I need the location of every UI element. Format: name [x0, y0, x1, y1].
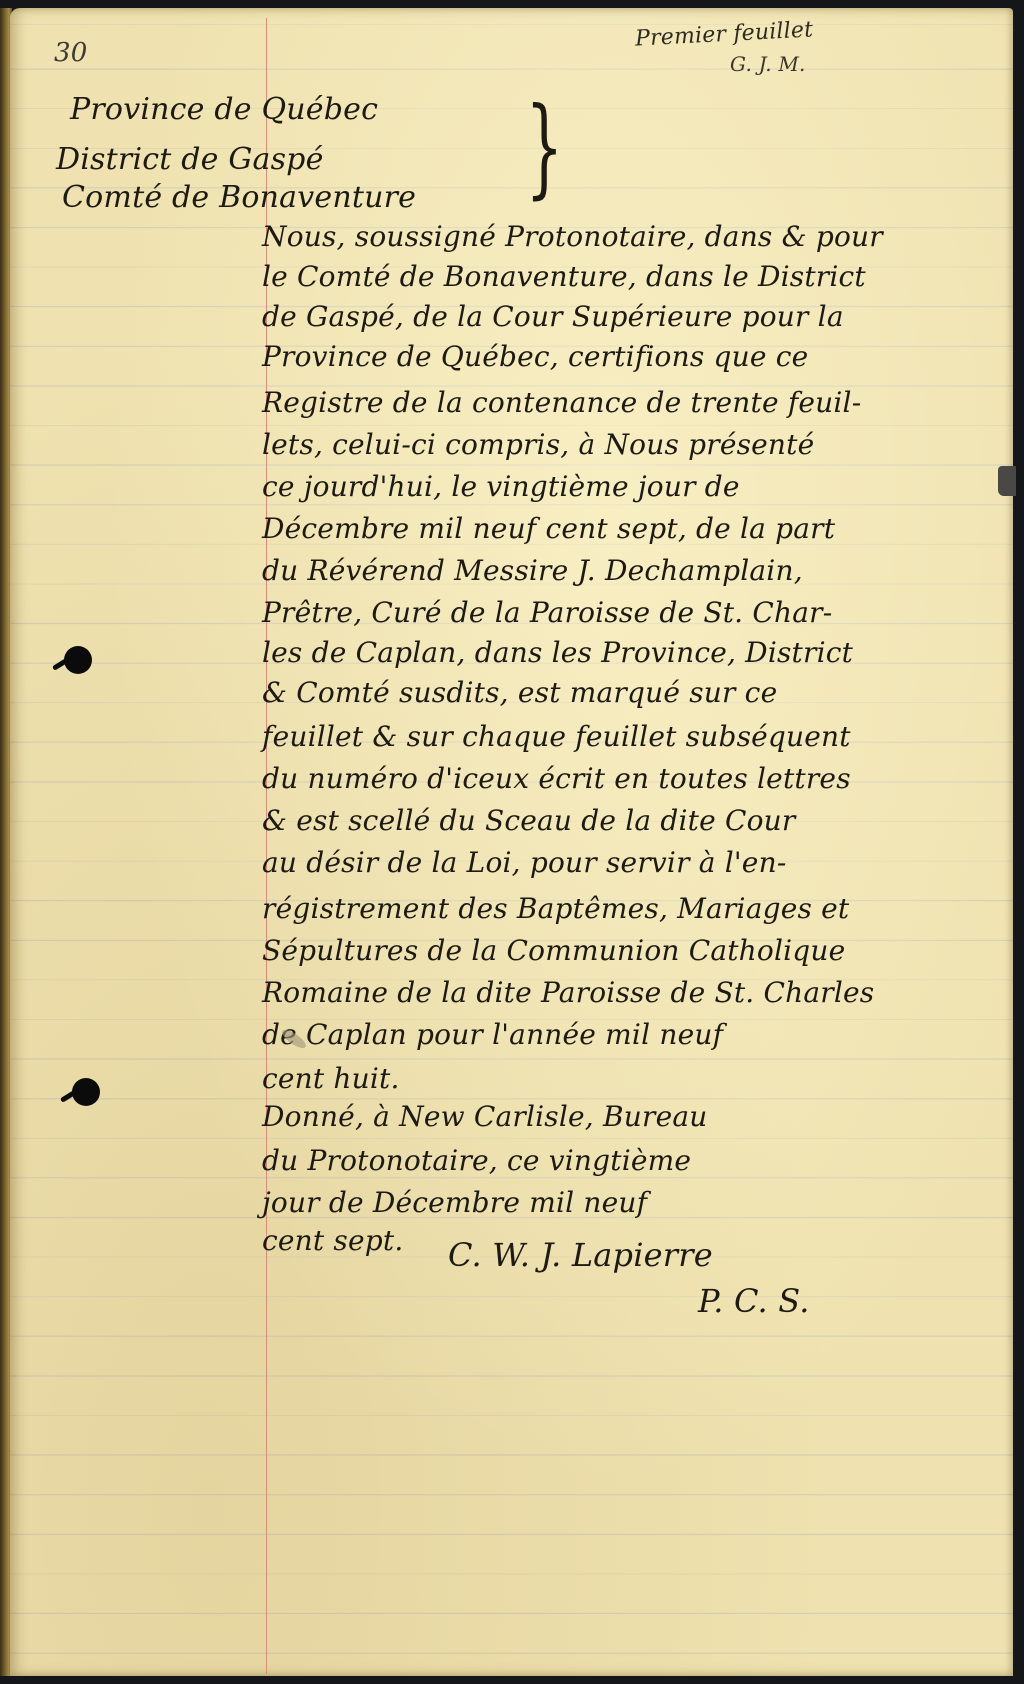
body-line: du Révérend Messire J. Dechamplain, [262, 554, 803, 587]
body-line: Donné, à New Carlisle, Bureau [262, 1100, 707, 1133]
page-edge-tab [998, 466, 1016, 496]
heading-province: Province de Québec [70, 92, 378, 127]
body-line: cent sept. [262, 1224, 403, 1257]
body-line: Registre de la contenance de trente feui… [262, 386, 861, 419]
body-line: les de Caplan, dans les Province, Distri… [262, 636, 853, 669]
body-line: de Caplan pour l'année mil neuf [262, 1018, 723, 1051]
first-leaf-initials: G. J. M. [730, 52, 806, 76]
heading-county: Comté de Bonaventure [62, 180, 416, 215]
body-line: Décembre mil neuf cent sept, de la part [262, 512, 835, 545]
signature-name: C. W. J. Lapierre [448, 1236, 713, 1274]
body-line: Nous, soussigné Protonotaire, dans & pou… [262, 220, 883, 253]
signature-title: P. C. S. [698, 1282, 810, 1320]
body-line: le Comté de Bonaventure, dans le Distric… [262, 260, 866, 293]
body-line: Romaine de la dite Paroisse de St. Charl… [262, 976, 874, 1009]
body-line: cent huit. [262, 1062, 400, 1095]
body-line: Sépultures de la Communion Catholique [262, 934, 845, 967]
register-page: 30 Premier feuillet G. J. M. Province de… [10, 8, 1013, 1676]
body-line: du Protonotaire, ce vingtième [262, 1144, 691, 1177]
heading-brace-icon: } [525, 94, 563, 202]
body-line: ce jourd'hui, le vingtième jour de [262, 470, 740, 503]
heading-district: District de Gaspé [56, 142, 324, 177]
page-number: 30 [54, 38, 87, 68]
punch-hole-icon [64, 646, 92, 674]
body-line: Prêtre, Curé de la Paroisse de St. Char- [262, 596, 832, 629]
body-line: feuillet & sur chaque feuillet subséquen… [262, 720, 851, 753]
punch-hole-icon [72, 1078, 100, 1106]
body-line: jour de Décembre mil neuf [262, 1186, 647, 1219]
body-line: & Comté susdits, est marqué sur ce [262, 676, 777, 709]
body-line: régistrement des Baptêmes, Mariages et [262, 892, 849, 925]
body-line: du numéro d'iceux écrit en toutes lettre… [262, 762, 851, 795]
body-line: Province de Québec, certifions que ce [262, 340, 808, 373]
body-line: de Gaspé, de la Cour Supérieure pour la [262, 300, 844, 333]
first-leaf-note: Premier feuillet [634, 17, 813, 51]
body-line: lets, celui-ci compris, à Nous présenté [262, 428, 814, 461]
body-line: au désir de la Loi, pour servir à l'en- [262, 846, 786, 879]
body-line: & est scellé du Sceau de la dite Cour [262, 804, 795, 837]
